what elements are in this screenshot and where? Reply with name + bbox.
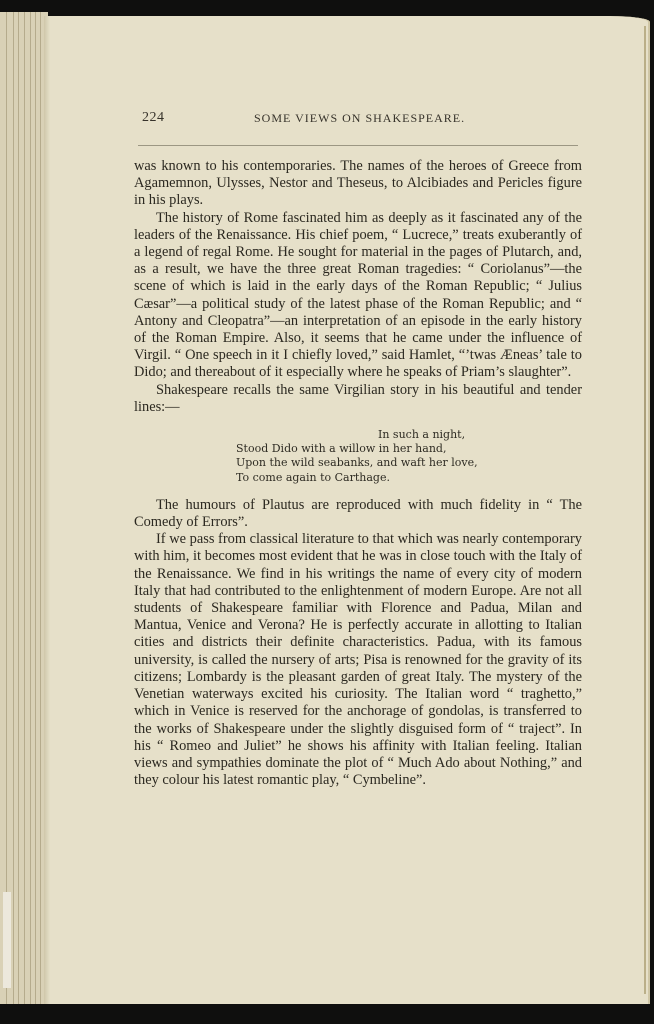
- running-title: SOME VIEWS ON SHAKESPEARE.: [254, 111, 465, 126]
- paragraph: If we pass from classical literature to …: [134, 531, 582, 789]
- verse-line: In such a night,: [236, 428, 582, 442]
- paragraph: The history of Rome fascinated him as de…: [134, 210, 582, 382]
- page-edge: [35, 12, 36, 1004]
- verse-line: Upon the wild seabanks, and waft her lov…: [236, 456, 582, 470]
- page-content: 224 SOME VIEWS ON SHAKESPEARE. was known…: [134, 110, 582, 789]
- verse-quotation: In such a night, Stood Dido with a willo…: [236, 428, 582, 485]
- page-edge: [40, 12, 41, 1004]
- body-text: was known to his contemporaries. The nam…: [134, 158, 582, 789]
- page-edge: [13, 12, 14, 1004]
- verse-line: To come again to Carthage.: [236, 471, 582, 485]
- scanned-book-scene: 224 SOME VIEWS ON SHAKESPEARE. was known…: [0, 0, 654, 1024]
- header-rule: [138, 145, 578, 146]
- page-number: 224: [142, 110, 165, 126]
- verse-line: Stood Dido with a willow in her hand,: [236, 442, 582, 456]
- page-gutter: [644, 26, 646, 994]
- page-edge: [18, 12, 19, 1004]
- page-edge-highlight: [3, 892, 11, 988]
- page-edge: [24, 12, 25, 1004]
- page-edge: [30, 12, 31, 1004]
- paragraph: Shakespeare recalls the same Virgilian s…: [134, 382, 582, 416]
- paragraph: was known to his contemporaries. The nam…: [134, 158, 582, 210]
- page-stack-edges: [0, 12, 48, 1004]
- page-edge: [6, 12, 7, 1004]
- paragraph: The humours of Plautus are reproduced wi…: [134, 497, 582, 531]
- page-shadow: [44, 16, 50, 1004]
- running-head: 224 SOME VIEWS ON SHAKESPEARE.: [134, 110, 582, 132]
